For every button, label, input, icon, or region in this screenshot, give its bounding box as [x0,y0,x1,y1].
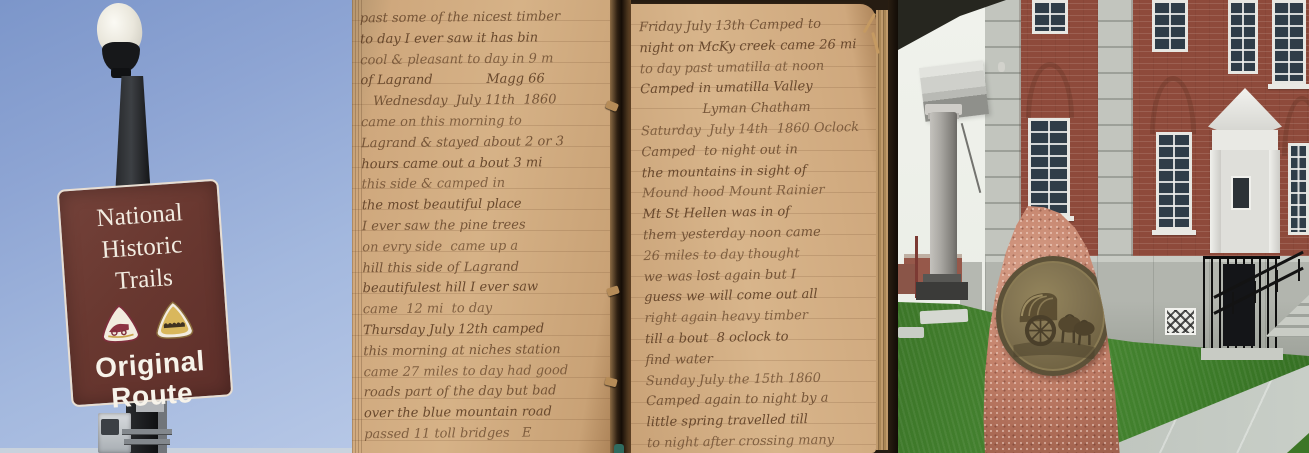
handwriting-line: Lagrand & stayed about 2 or 3 [361,132,605,155]
photo-collage: National Historic Trails [0,0,1309,453]
courthouse-photo [898,0,1309,453]
pole-clamp [122,429,172,434]
door-leaf [1221,150,1269,253]
window [1032,0,1068,34]
handwriting-line: this morning at niches station [363,339,607,362]
window-sill [1152,230,1196,235]
window [1152,0,1188,52]
door-window-pane [1231,176,1251,210]
rail-baluster [1298,259,1300,281]
handwriting-line: beautifulest hill I ever saw [363,277,607,300]
small-junction-box [101,419,119,435]
rail-baluster [1276,270,1278,292]
page-edge-stack [876,10,888,450]
column-base [916,282,968,300]
lamppost-upper [115,76,151,198]
pole-clamp [124,439,170,444]
support-cable [961,123,982,193]
window [1272,0,1306,84]
bronze-medallion [996,256,1110,376]
door-pilaster [1210,150,1221,253]
window [1288,143,1309,235]
handwriting-line: Mound hood Mount Rainier [642,180,870,205]
fence-base-pad [1201,348,1283,360]
covered-wagon-relief-icon [1001,261,1105,371]
window [1028,118,1070,216]
door-frieze [1212,130,1278,150]
handwriting-line: Friday July 13th Camped to [639,14,867,39]
stone-quoin-strip [985,0,1021,256]
handwriting-line: came 12 mi to day [363,298,607,321]
journal-left-page: past some of the nicest timberto day I e… [352,0,610,453]
sign-route-text: Original Route [70,343,232,417]
handwriting-line: passed 11 toll bridges E [364,423,608,446]
right-page-handwriting: Friday July 13th Camped tonight on McKy … [639,14,875,453]
handwriting-line: I ever saw the pine trees [362,215,606,238]
california-trail-logo-icon [153,300,196,341]
stepping-pad [898,327,924,338]
handwriting-line: the most beautiful place [362,194,606,217]
handwriting-line: past some of the nicest timber [360,7,604,30]
security-camera [998,62,1005,72]
handwriting-line: Camped again to night by a [646,388,874,413]
window [1228,0,1258,74]
book-cover-edge [888,0,898,453]
handwriting-line: came 27 miles to day had good [363,360,607,383]
handwriting-line: hours came out a bout 3 mi [361,152,605,175]
handwriting-line: Thursday July 12th camped [363,319,607,342]
handwriting-line: hill this side of Lagrand [362,256,606,279]
handwriting-line: to night after crossing many [647,430,875,453]
handwriting-line: Camped to night out in [641,139,869,164]
horizon-line [0,448,352,453]
sign-title: National Historic Trails [60,195,224,302]
entrance-door [1208,88,1282,253]
window [1156,132,1192,230]
handwriting-line: Wednesday July 11th 1860 [361,90,605,113]
left-page-handwriting: past some of the nicest timberto day I e… [360,7,609,446]
handwriting-line: right again heavy timber [644,305,872,330]
trail-badges [67,297,227,346]
handwriting-line: of Lagrand Magg 66 [360,69,604,92]
door-pediment [1208,88,1282,130]
handwriting-line: to day past umatilla at noon [640,55,868,80]
lattice-vent [1165,308,1196,335]
cover-lining-sliver [614,444,624,453]
oregon-trail-logo-icon [99,303,142,344]
rail-baluster [1254,281,1256,303]
rail-baluster [1232,292,1234,314]
journal-right-page: Friday July 13th Camped tonight on McKy … [631,4,876,453]
handwriting-line: to day I ever saw it has bin [360,28,604,51]
door-pilaster [1269,150,1280,253]
handwriting-line: we was lost again but I [644,263,872,288]
handwriting-line: on evry side came up a [362,235,606,258]
stepping-pad [920,309,969,324]
handwriting-line: over the blue mountain road [364,402,608,425]
journal-photo: past some of the nicest timberto day I e… [352,0,898,453]
trail-sign-photo: National Historic Trails [0,0,352,453]
stone-quoin-strip [1098,0,1133,256]
handwriting-line: cool & pleasant to day in 9 m [360,48,604,71]
national-historic-trails-sign: National Historic Trails [57,179,234,408]
handwriting-line: came on this morning to [361,111,605,134]
handwriting-line: this side & camped in [361,173,605,196]
handwriting-line: roads part of the day but bad [364,381,608,404]
portico-column [930,112,957,284]
